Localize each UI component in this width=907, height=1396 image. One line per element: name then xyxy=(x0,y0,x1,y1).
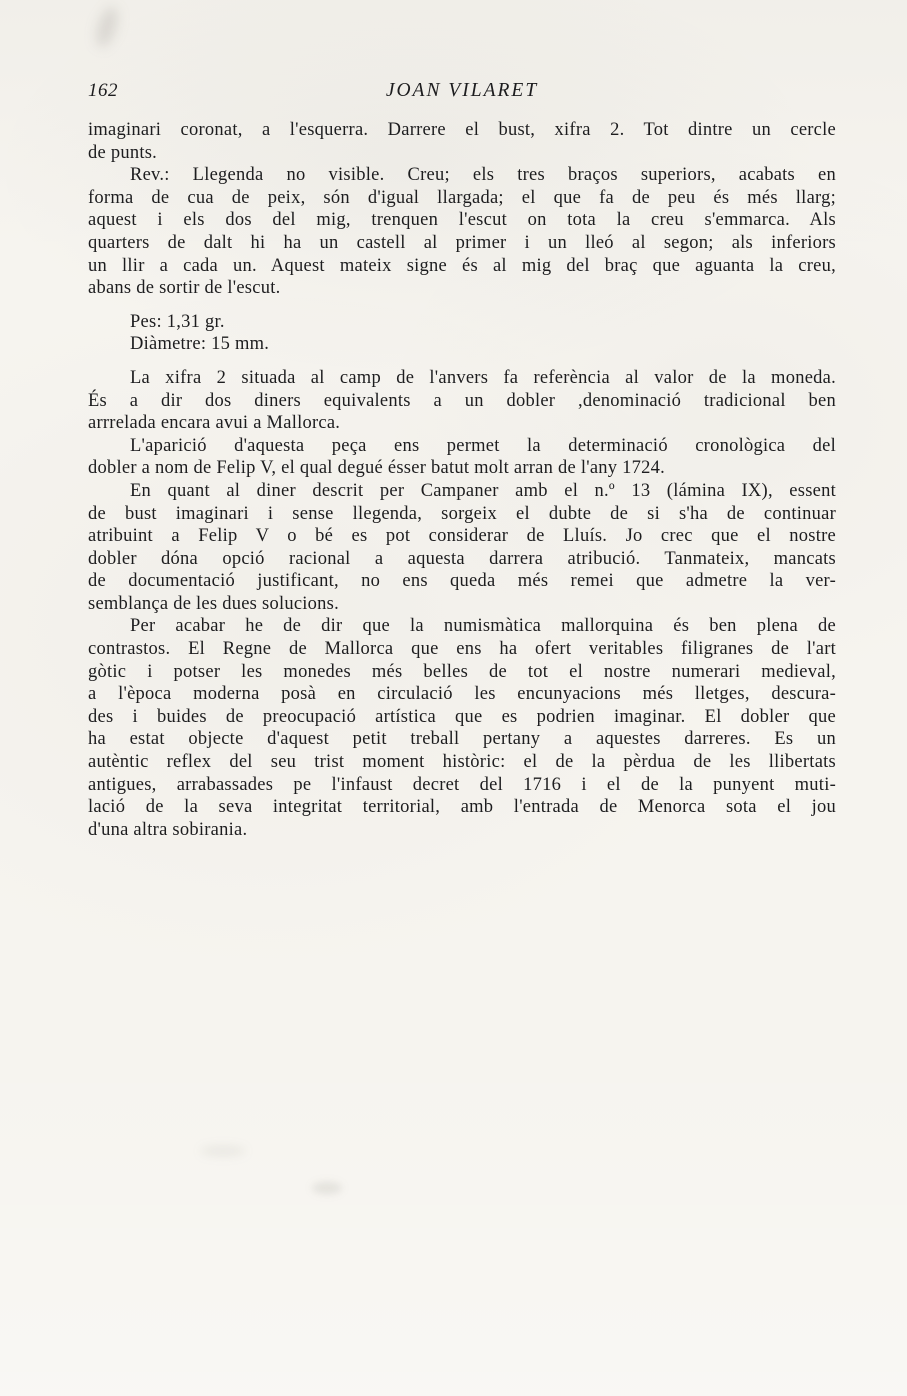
page-header: 162 JOAN VILARET xyxy=(88,80,836,104)
text-line: contrastos. El Regne de Mallorca que ens… xyxy=(88,638,836,661)
text-line: de documentació justificant, no ens qued… xyxy=(88,570,836,593)
paragraph: En quant al diner descrit per Campaner a… xyxy=(88,480,836,616)
text-line: En quant al diner descrit per Campaner a… xyxy=(88,480,836,503)
text-line: atribuint a Felip V o bé es pot consider… xyxy=(88,525,836,548)
text-line: dobler a nom de Felip V, el qual degué é… xyxy=(88,457,836,480)
scan-smudge xyxy=(200,1146,246,1156)
text-line: lació de la seva integritat territorial,… xyxy=(88,796,836,819)
text-line: de bust imaginari i sense llegenda, sorg… xyxy=(88,503,836,526)
paragraph: La xifra 2 situada al camp de l'anvers f… xyxy=(88,367,836,435)
text-line: ha estat objecte d'aquest petit treball … xyxy=(88,728,836,751)
text-line: a l'època moderna posà en circulació les… xyxy=(88,683,836,706)
text-line: forma de cua de peix, són d'igual llarga… xyxy=(88,187,836,210)
text-line: imaginari coronat, a l'esquerra. Darrere… xyxy=(88,119,836,142)
text-line: abans de sortir de l'escut. xyxy=(88,277,836,300)
scan-smudge xyxy=(92,4,122,50)
paragraph: Per acabar he de dir que la numismàtica … xyxy=(88,615,836,841)
text-line: L'aparició d'aquesta peça ens permet la … xyxy=(88,435,836,458)
text-line: Pes: 1,31 gr. xyxy=(88,311,836,334)
text-line: quarters de dalt hi ha un castell al pri… xyxy=(88,232,836,255)
text-block: imaginari coronat, a l'esquerra. Darrere… xyxy=(88,119,836,841)
paragraph: imaginari coronat, a l'esquerra. Darrere… xyxy=(88,119,836,164)
paragraph: L'aparició d'aquesta peça ens permet la … xyxy=(88,435,836,480)
text-line: autèntic reflex del seu trist moment his… xyxy=(88,751,836,774)
text-line: La xifra 2 situada al camp de l'anvers f… xyxy=(88,367,836,390)
text-line: un llir a cada un. Aquest mateix signe é… xyxy=(88,255,836,278)
text-line: Rev.: Llegenda no visible. Creu; els tre… xyxy=(88,164,836,187)
text-line: aquest i els dos del mig, trenquen l'esc… xyxy=(88,209,836,232)
text-line: de punts. xyxy=(88,142,836,165)
text-line: dobler dóna opció racional a aquesta dar… xyxy=(88,548,836,571)
scanned-book-page: 162 JOAN VILARET imaginari coronat, a l'… xyxy=(0,0,907,1396)
text-line: És a dir dos diners equivalents a un dob… xyxy=(88,390,836,413)
paragraph: Rev.: Llegenda no visible. Creu; els tre… xyxy=(88,164,836,300)
text-line: Diàmetre: 15 mm. xyxy=(88,333,836,356)
text-line: des i buides de preocupació artística qu… xyxy=(88,706,836,729)
scan-smudge xyxy=(312,1182,342,1194)
running-title: JOAN VILARET xyxy=(88,80,836,102)
text-line: Per acabar he de dir que la numismàtica … xyxy=(88,615,836,638)
text-line: arrrelada encara avui a Mallorca. xyxy=(88,412,836,435)
text-line: d'una altra sobirania. xyxy=(88,819,836,842)
text-line: gòtic i potser les monedes més belles de… xyxy=(88,661,836,684)
paragraph: Pes: 1,31 gr.Diàmetre: 15 mm. xyxy=(88,311,836,356)
text-line: semblança de les dues solucions. xyxy=(88,593,836,616)
text-line: antigues, arrabassades pe l'infaust decr… xyxy=(88,774,836,797)
